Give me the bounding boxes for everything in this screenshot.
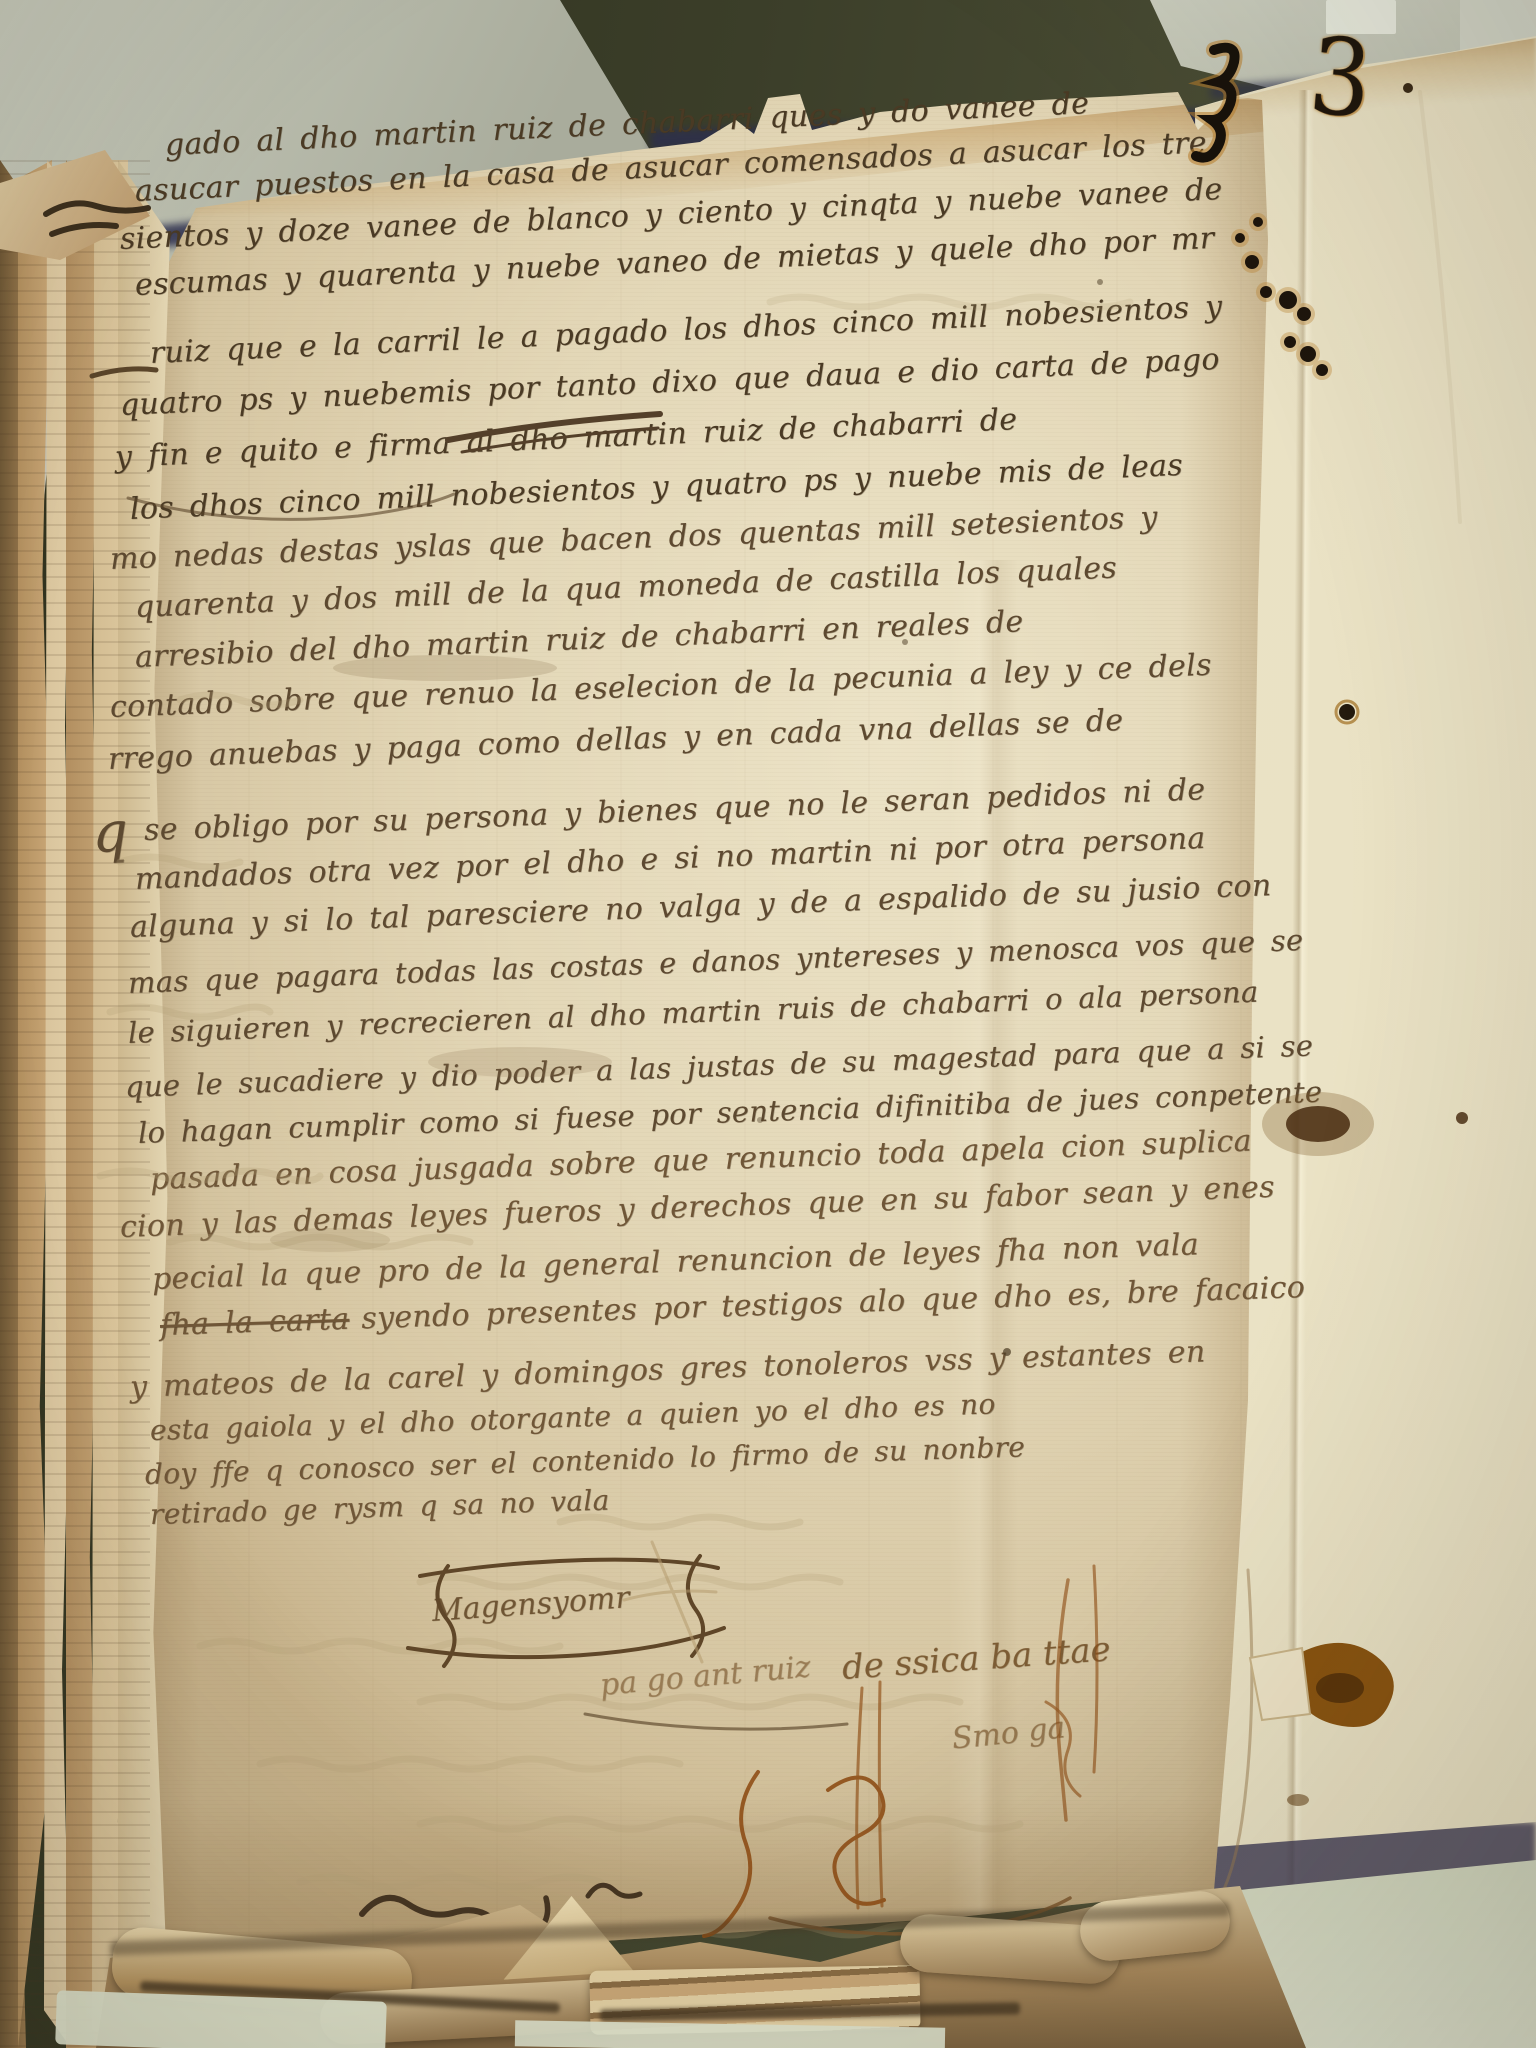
handwritten-text-block: gado al dho martin ruiz de chabarri ques…	[0, 0, 1536, 2048]
struck-words: fha la carta	[159, 1302, 349, 1343]
folio-number: 3	[1305, 14, 1377, 142]
manuscript-line: retirado ge rysm q sa no vala	[149, 1484, 610, 1531]
manuscript-line: y mateos de la carel y domingos gres ton…	[129, 1334, 1206, 1405]
manuscript-photo: gado al dho martin ruiz de chabarri ques…	[0, 0, 1536, 2048]
enlarged-initial: q	[91, 800, 130, 866]
